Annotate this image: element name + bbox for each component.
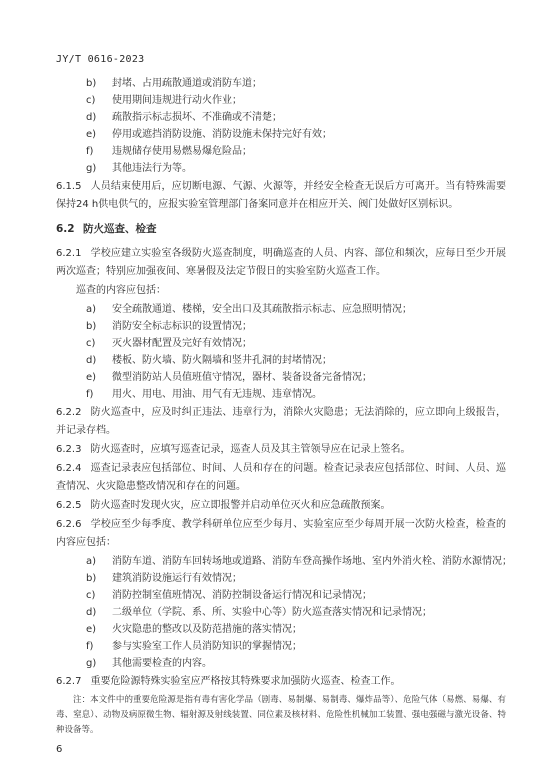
list-item: b)封堵、占用疏散通道或消防车道； [56, 75, 506, 92]
clause-6-2-2: 6.2.2防火巡查中，应及时纠正违法、违章行为，消除火灾隐患；无法消除的，应立即… [56, 404, 506, 440]
heading-6-2: 6.2防火巡查、检查 [56, 222, 506, 237]
page-number: 6 [56, 744, 506, 755]
heading-number: 6.2 [56, 223, 75, 235]
list-text: 其他需要检查的内容。 [112, 658, 212, 669]
clause-text: 学校应至少每季度、教学科研单位应至少每月、实验室应至少每周开展一次防火检查，检查… [56, 519, 506, 548]
clause-number: 6.2.1 [56, 248, 81, 259]
list-marker: b) [86, 75, 112, 92]
clause-text: 防火巡查中，应及时纠正违法、违章行为，消除火灾隐患；无法消除的，应立即向上级报告… [56, 407, 506, 436]
list-text: 违规储存使用易燃易爆危险品； [112, 146, 252, 157]
list-6-2-1: a)安全疏散通道、楼梯，安全出口及其疏散指示标志、应急照明情况； b)消防安全标… [56, 301, 506, 403]
list-text: 建筑消防设施运行有效情况； [112, 573, 242, 584]
list-text: 参与实验室工作人员消防知识的掌握情况； [112, 641, 302, 652]
list-6-1-4: b)封堵、占用疏散通道或消防车道； c)使用期间违规进行动火作业； d)疏散指示… [56, 75, 506, 177]
list-item: e)微型消防站人员值班值守情况，器材、装备设备完备情况； [56, 369, 506, 386]
list-marker: c) [86, 92, 112, 109]
list-marker: g) [86, 655, 112, 672]
list-item: d)楼板、防火墙、防火隔墙和竖井孔洞的封堵情况； [56, 352, 506, 369]
list-marker: a) [86, 301, 112, 318]
list-text: 疏散指示标志损坏、不准确或不清楚； [112, 112, 282, 123]
clause-6-2-3: 6.2.3防火巡查时，应填写巡查记录，巡查人员及其主管领导应在记录上签名。 [56, 441, 506, 459]
list-marker: b) [86, 318, 112, 335]
note-6-2-7: 注：本文件中的重要危险源是指有毒有害化学品（剧毒、易制爆、易制毒、爆炸品等）、危… [56, 693, 506, 738]
clause-number: 6.1.5 [56, 181, 81, 192]
list-item: e)火灾隐患的整改以及防范措施的落实情况； [56, 621, 506, 638]
list-text: 停用或遮挡消防设施、消防设施未保持完好有效； [112, 129, 332, 140]
note-text: 本文件中的重要危险源是指有毒有害化学品（剧毒、易制爆、易制毒、爆炸品等）、危险气… [56, 695, 506, 735]
list-text: 封堵、占用疏散通道或消防车道； [112, 78, 262, 89]
note-label: 注： [73, 695, 90, 705]
list-item: d)二级单位（学院、系、所、实验中心等）防火巡查落实情况和记录情况； [56, 604, 506, 621]
list-text: 微型消防站人员值班值守情况，器材、装备设备完备情况； [112, 372, 372, 383]
list-item: a)消防车道、消防车回转场地或道路、消防车登高操作场地、室内外消火栓、消防水源情… [56, 553, 506, 570]
list-marker: g) [86, 160, 112, 177]
list-marker: d) [86, 604, 112, 621]
clause-6-1-5: 6.1.5人员结束使用后，应切断电源、气源、火源等，并经安全检查无误后方可离开。… [56, 178, 506, 214]
lead-6-2-1: 巡查的内容应包括： [56, 282, 506, 300]
clause-number: 6.2.6 [56, 519, 81, 530]
clause-text: 学校应建立实验室各级防火巡查制度，明确巡查的人员、内容、部位和频次，应每日至少开… [56, 248, 506, 277]
list-text: 使用期间违规进行动火作业； [112, 95, 242, 106]
list-item: f)用火、用电、用油、用气有无违规、违章情况。 [56, 386, 506, 403]
list-marker: f) [86, 386, 112, 403]
list-marker: a) [86, 553, 112, 570]
clause-number: 6.2.2 [56, 407, 81, 418]
clause-text: 人员结束使用后，应切断电源、气源、火源等，并经安全检查无误后方可离开。当有特殊需… [56, 181, 506, 210]
list-marker: f) [86, 143, 112, 160]
list-marker: e) [86, 369, 112, 386]
list-marker: d) [86, 109, 112, 126]
list-text: 火灾隐患的整改以及防范措施的落实情况； [112, 624, 302, 635]
list-marker: c) [86, 335, 112, 352]
clause-number: 6.2.3 [56, 444, 81, 455]
page: JY/T 0616-2023 b)封堵、占用疏散通道或消防车道； c)使用期间违… [0, 0, 554, 783]
list-item: c)灭火器材配置及完好有效情况； [56, 335, 506, 352]
list-item: g)其他违法行为等。 [56, 160, 506, 177]
clause-text: 防火巡查时，应填写巡查记录，巡查人员及其主管领导应在记录上签名。 [90, 444, 410, 455]
list-item: f)参与实验室工作人员消防知识的掌握情况； [56, 638, 506, 655]
clause-6-2-7: 6.2.7重要危险源特殊实验室应严格按其特殊要求加强防火巡查、检查工作。 [56, 673, 506, 691]
clause-number: 6.2.5 [56, 500, 81, 511]
list-marker: d) [86, 352, 112, 369]
list-text: 其他违法行为等。 [112, 163, 192, 174]
heading-title: 防火巡查、检查 [83, 223, 157, 235]
clause-6-2-1: 6.2.1学校应建立实验室各级防火巡查制度，明确巡查的人员、内容、部位和频次，应… [56, 245, 506, 281]
clause-6-2-5: 6.2.5防火巡查时发现火灾，应立即报警并启动单位灭火和应急疏散预案。 [56, 497, 506, 515]
list-text: 安全疏散通道、楼梯，安全出口及其疏散指示标志、应急照明情况； [112, 304, 412, 315]
list-text: 消防安全标志标识的设置情况； [112, 321, 252, 332]
list-6-2-6: a)消防车道、消防车回转场地或道路、消防车登高操作场地、室内外消火栓、消防水源情… [56, 553, 506, 672]
list-marker: f) [86, 638, 112, 655]
list-item: c)消防控制室值班情况、消防控制设备运行情况和记录情况； [56, 587, 506, 604]
standard-number: JY/T 0616-2023 [56, 54, 506, 65]
list-item: d)疏散指示标志损坏、不准确或不清楚； [56, 109, 506, 126]
list-text: 二级单位（学院、系、所、实验中心等）防火巡查落实情况和记录情况； [112, 607, 432, 618]
clause-number: 6.2.4 [56, 463, 81, 474]
clause-text: 防火巡查时发现火灾，应立即报警并启动单位灭火和应急疏散预案。 [90, 500, 390, 511]
list-marker: e) [86, 621, 112, 638]
clause-6-2-6: 6.2.6学校应至少每季度、教学科研单位应至少每月、实验室应至少每周开展一次防火… [56, 516, 506, 552]
list-marker: b) [86, 570, 112, 587]
clause-number: 6.2.7 [56, 676, 81, 687]
list-item: a)安全疏散通道、楼梯，安全出口及其疏散指示标志、应急照明情况； [56, 301, 506, 318]
list-item: f)违规储存使用易燃易爆危险品； [56, 143, 506, 160]
list-item: g)其他需要检查的内容。 [56, 655, 506, 672]
list-item: e)停用或遮挡消防设施、消防设施未保持完好有效； [56, 126, 506, 143]
list-item: c)使用期间违规进行动火作业； [56, 92, 506, 109]
list-text: 用火、用电、用油、用气有无违规、违章情况。 [112, 389, 322, 400]
list-text: 消防车道、消防车回转场地或道路、消防车登高操作场地、室内外消火栓、消防水源情况； [112, 556, 512, 567]
document-page: { "page": { "header": "JY/T 0616-2023", … [0, 0, 554, 783]
list-text: 灭火器材配置及完好有效情况； [112, 338, 252, 349]
list-marker: e) [86, 126, 112, 143]
list-item: b)消防安全标志标识的设置情况； [56, 318, 506, 335]
list-item: b)建筑消防设施运行有效情况； [56, 570, 506, 587]
clause-6-2-4: 6.2.4巡查记录表应包括部位、时间、人员和存在的问题。检查记录表应包括部位、时… [56, 460, 506, 496]
list-text: 楼板、防火墙、防火隔墙和竖井孔洞的封堵情况； [112, 355, 332, 366]
list-marker: c) [86, 587, 112, 604]
clause-text: 重要危险源特殊实验室应严格按其特殊要求加强防火巡查、检查工作。 [90, 676, 400, 687]
clause-text: 巡查记录表应包括部位、时间、人员和存在的问题。检查记录表应包括部位、时间、人员、… [56, 463, 506, 492]
list-text: 消防控制室值班情况、消防控制设备运行情况和记录情况； [112, 590, 372, 601]
